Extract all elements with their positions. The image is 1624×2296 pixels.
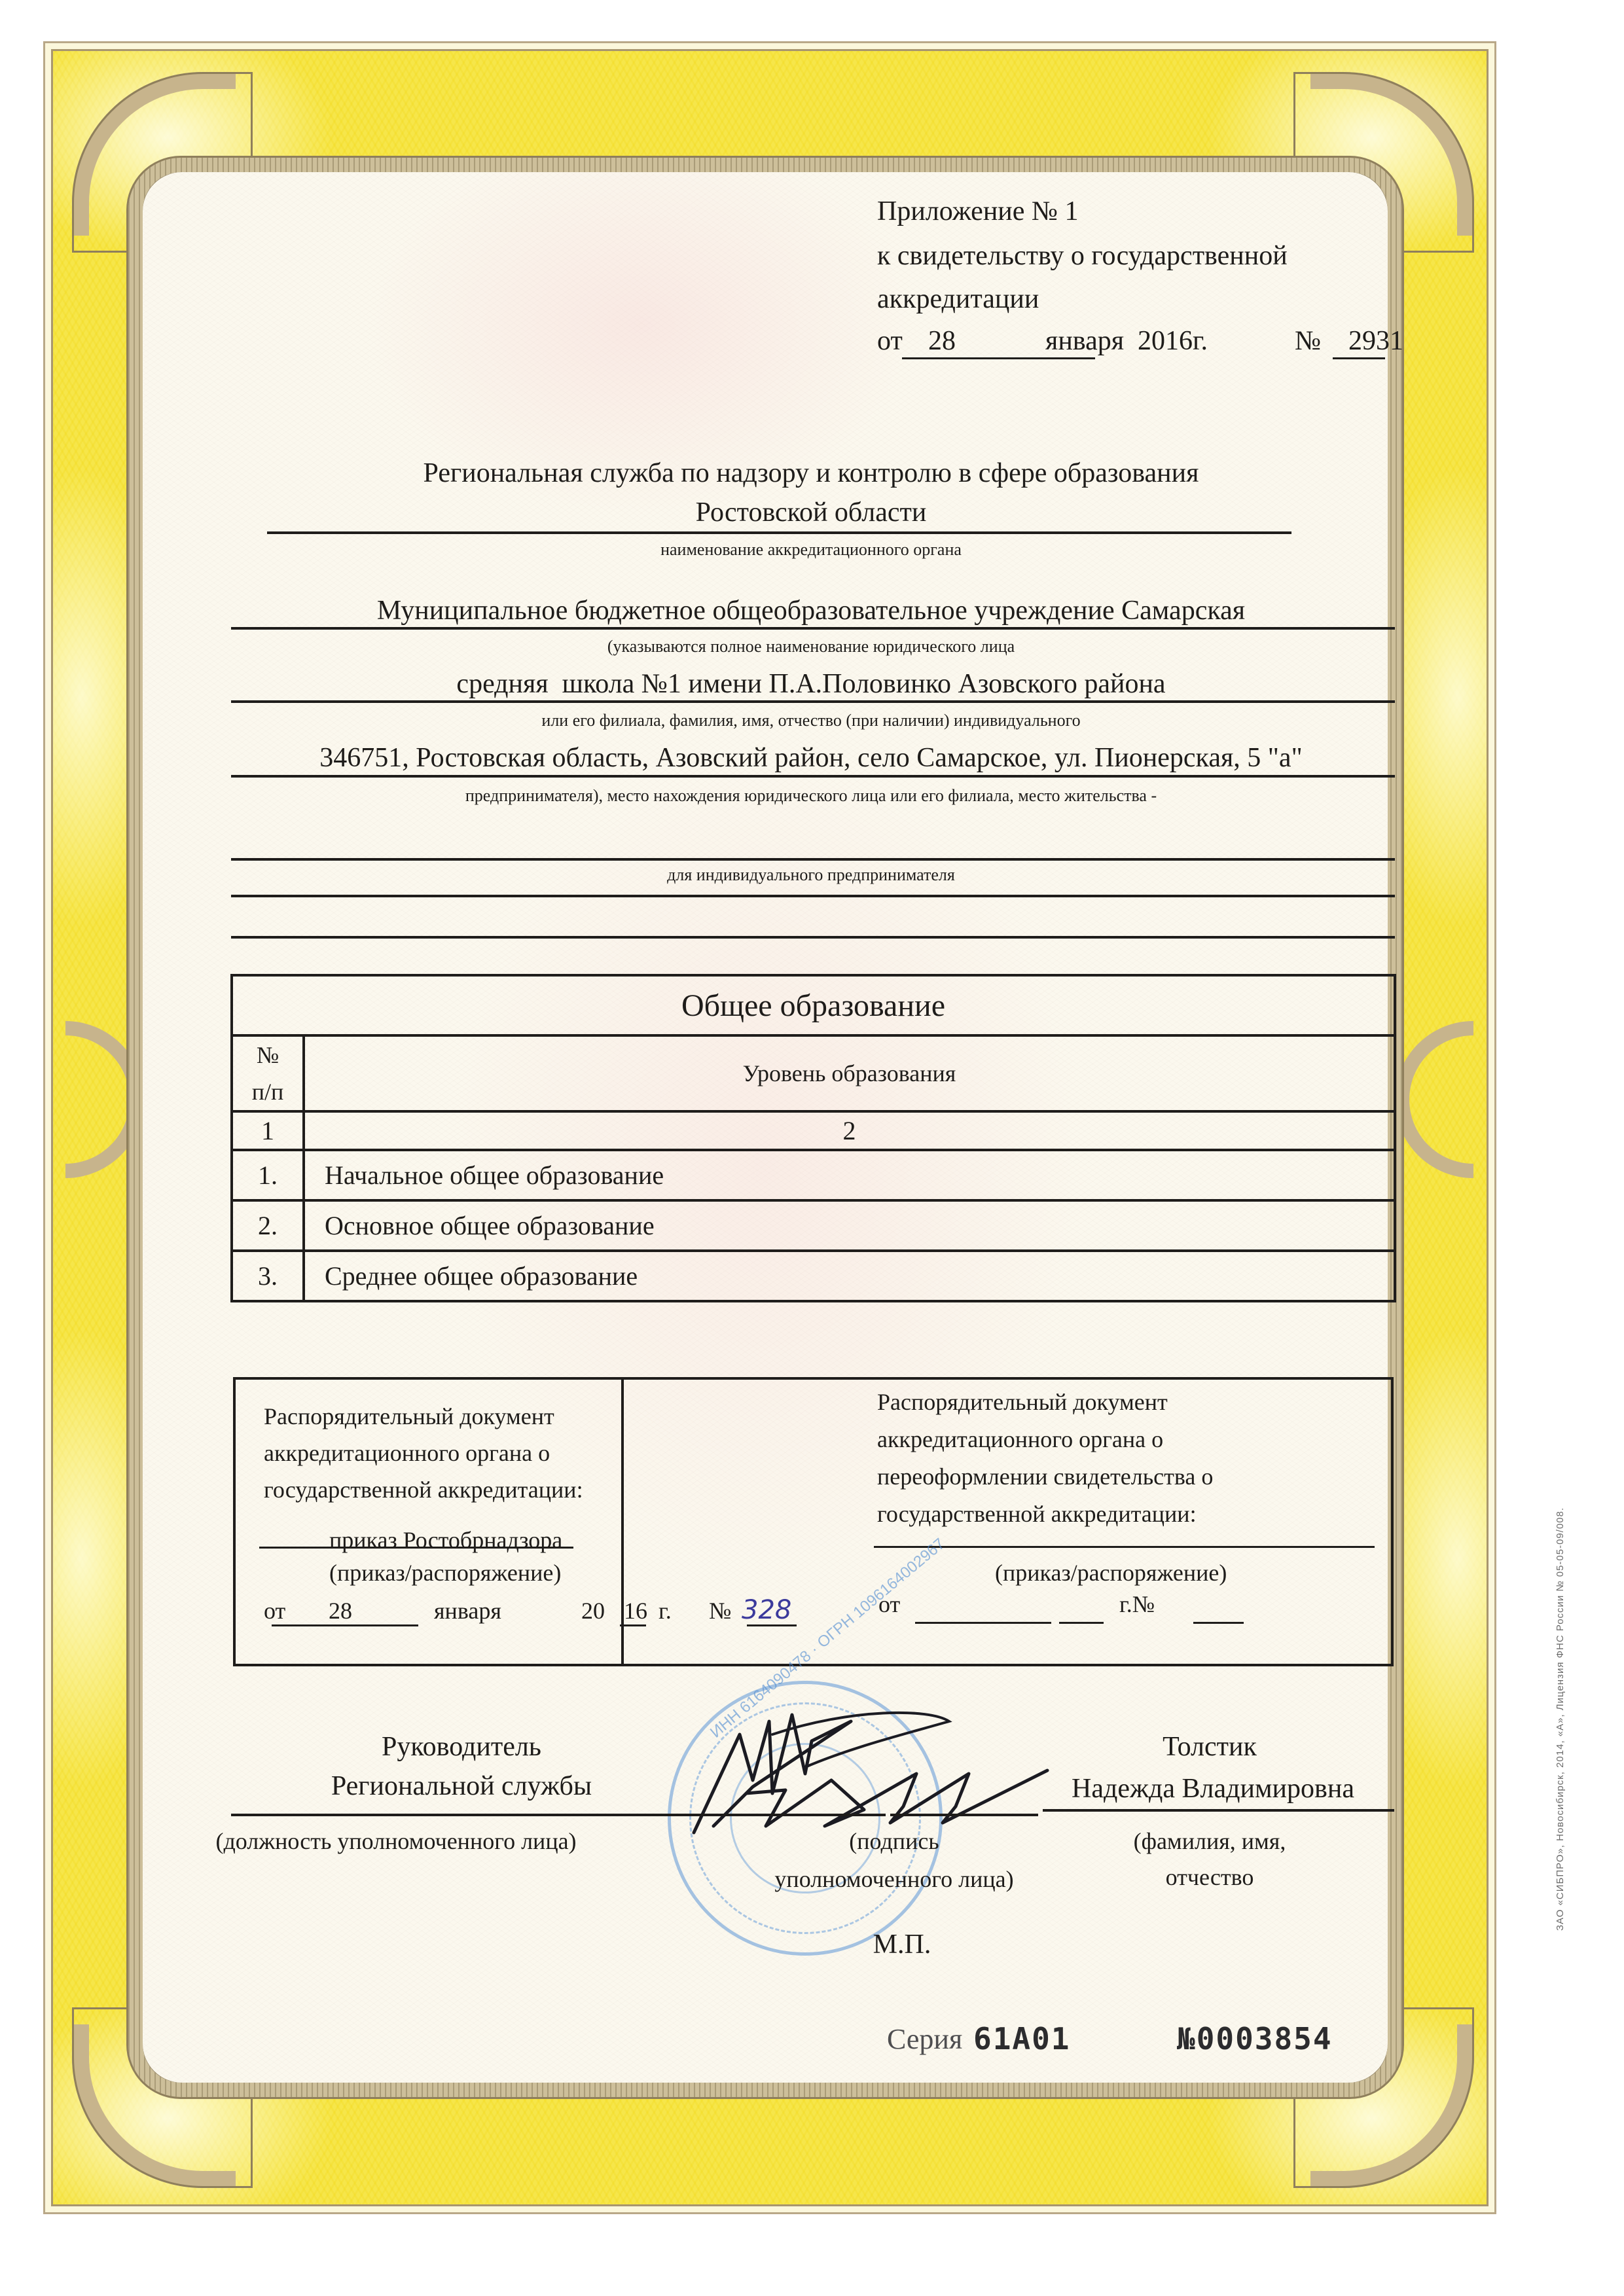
reissue-heading-line1: Распорядительный документ [877,1390,1168,1414]
order-number-handwritten: 328 [742,1597,791,1623]
row-number: 3. [232,1251,304,1301]
col-number-header: № п/п [232,1035,304,1111]
appendix-day: 28 [928,327,956,355]
table-row: 2. Основное общее образование [232,1200,1395,1251]
name-underline [1043,1809,1394,1812]
education-table-title: Общее образование [232,975,1395,1035]
table-header-row: № п/п Уровень образования [232,1035,1395,1111]
order-number-label: № [709,1599,731,1623]
blank-line-3 [231,936,1395,939]
col-level-header: Уровень образования [304,1035,1395,1111]
appendix-from-label: от [877,327,903,355]
col-index-1: 1 [232,1111,304,1150]
seal-place-label: М.П. [873,1931,931,1958]
series-value: 61А01 [973,2024,1070,2054]
reissue-type-underline [874,1546,1375,1548]
appendix-number: 2931 [1348,327,1403,355]
name-caption-line1: (фамилия, имя, [1134,1829,1286,1853]
reissue-heading-line4: государственной аккредитации: [877,1502,1197,1526]
organization-underline-3 [231,775,1395,778]
order-year-prefix: 20 [581,1599,605,1623]
reissue-heading-line2: аккредитационного органа о [877,1427,1163,1451]
order-date-underline [272,1624,418,1626]
col-index-2: 2 [304,1111,1395,1150]
row-number: 2. [232,1200,304,1251]
col-number-header-line2: п/п [252,1079,284,1105]
reissue-number-underline [1193,1622,1244,1624]
order-heading-line1: Распорядительный документ [264,1405,554,1428]
appendix-number-label: № [1295,327,1321,355]
signature-caption-line2: уполномоченного лица) [774,1867,1013,1891]
signatory-position-line2: Региональной службы [331,1772,592,1800]
order-number-underline [747,1624,797,1626]
name-caption-line2: отчество [1166,1865,1254,1889]
education-levels-table: Общее образование № п/п Уровень образова… [230,974,1396,1302]
appendix-month-year: января 2016г. [1045,327,1208,355]
authority-name-line2: Ростовской области [696,499,927,526]
form-number: №0003854 [1177,2024,1333,2054]
printer-imprint: ЗАО «СИБПРО», Новосибирск, 2014, «А», Ли… [1555,1507,1566,1931]
series-label: Серия [887,2025,962,2054]
position-caption: (должность уполномоченного лица) [215,1829,576,1853]
number-underline [1333,357,1385,359]
order-heading-line3: государственной аккредитации: [264,1478,583,1501]
blank-line-1 [231,858,1395,861]
signature-underline [890,1814,1038,1816]
row-level: Начальное общее образование [304,1150,1395,1200]
col-number-header-line1: № [257,1042,279,1068]
order-month: января [434,1599,501,1623]
organization-underline-1 [231,627,1395,630]
handwritten-signature-icon [655,1695,1060,1846]
reissue-caption: (приказ/распоряжение) [995,1561,1227,1585]
row-level: Среднее общее образование [304,1251,1395,1301]
date-underline [902,357,1095,359]
position-underline [231,1814,886,1816]
blank-line-2 [231,895,1395,897]
appendix-line2: к свидетельству о государственной [877,242,1288,270]
reissue-date-underline [915,1622,1051,1624]
signatory-surname: Толстик [1163,1733,1257,1761]
table-row: 1. Начальное общее образование [232,1150,1395,1200]
authority-caption: наименование аккредитационного органа [660,541,962,558]
organization-address: 346751, Ростовская область, Азовский рай… [319,744,1302,772]
signatory-position-line1: Руководитель [382,1733,541,1761]
organization-underline-2 [231,700,1395,703]
row-level: Основное общее образование [304,1200,1395,1251]
organization-caption-3: предпринимателя), место нахождения юриди… [465,787,1157,804]
authority-name-line1: Региональная служба по надзору и контрол… [424,459,1199,487]
order-year-label: г. [659,1599,672,1623]
reissue-year-number-label: г.№ [1119,1592,1155,1616]
reissue-heading-line3: переоформлении свидетельства о [877,1465,1213,1488]
organization-caption-2: или его филиала, фамилия, имя, отчество … [541,712,1080,729]
organization-caption-4: для индивидуального предпринимателя [667,867,955,884]
appendix-title: Приложение № 1 [877,198,1079,225]
order-heading-line2: аккредитационного органа о [264,1441,550,1465]
order-from-label: от [264,1599,285,1623]
organization-caption-1: (указываются полное наименование юридиче… [607,638,1015,655]
order-year-underline [620,1624,646,1626]
row-number: 1. [232,1150,304,1200]
reissue-year-underline [1059,1622,1104,1624]
organization-name-line2: средняя школа №1 имени П.А.Половинко Азо… [456,670,1165,698]
order-caption: (приказ/распоряжение) [329,1561,561,1585]
order-year-suffix: 16 [624,1599,647,1623]
signature-caption-line1: (подпись [849,1829,939,1853]
order-day: 28 [329,1599,352,1623]
authority-underline [267,531,1291,534]
table-row: 3. Среднее общее образование [232,1251,1395,1301]
appendix-line3: аккредитации [877,285,1039,313]
signatory-name-patronymic: Надежда Владимировна [1072,1775,1354,1803]
organization-name-line1: Муниципальное бюджетное общеобразователь… [377,597,1245,624]
table-index-row: 1 2 [232,1111,1395,1150]
order-type-underline [259,1547,573,1549]
